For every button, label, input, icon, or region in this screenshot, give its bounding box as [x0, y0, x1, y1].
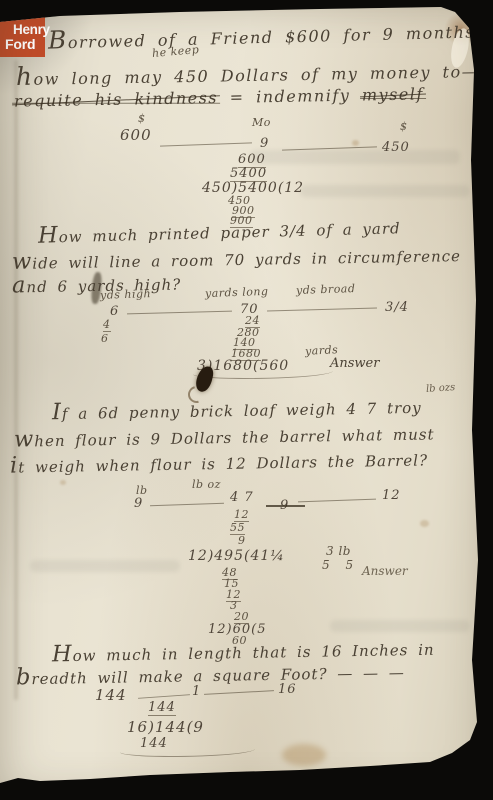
calc2-line-right — [267, 308, 377, 312]
calc1-division: 450)5400(12 — [202, 180, 304, 196]
calc3-work-12: 12 — [234, 508, 249, 522]
calc4-line-left — [138, 694, 190, 699]
calc3-answer-3lb: 3 lb — [326, 544, 351, 558]
calc3-line-right — [298, 499, 376, 503]
calc3: lb oz lb 9 4 7 9 12 12 55 9 12)495(41¼ 3… — [130, 478, 430, 643]
problem2-header-yards-long: yards long — [205, 285, 269, 300]
calc2: 6 70 3/4 4 6 24 280 140 1680 yards 3)168… — [95, 300, 425, 385]
calc2-flourish — [193, 366, 333, 379]
calc1-dollar-label-right: $ — [400, 120, 408, 133]
calc4: 144 1 16 144 16)144(9 144 — [80, 682, 360, 772]
calc3-answer-5-5: 5 5 — [322, 558, 359, 572]
calc4-line-right — [204, 690, 274, 695]
calc3-division: 12)495(41¼ — [188, 548, 285, 564]
problem1-inserted-he-keep: he keep — [152, 43, 200, 60]
crease-left — [14, 60, 18, 700]
calc4-value-16: 16 — [278, 682, 297, 697]
calc1-months-label: Mo — [252, 116, 271, 129]
paper-sheet: Borrowed of a Friend $600 for 9 months h… — [0, 0, 493, 800]
problem1-line1: Borrowed of a Friend $600 for 9 months — [48, 14, 476, 54]
calc4-work-144: 144 — [148, 700, 176, 716]
calc1-line-right — [282, 146, 377, 150]
calc3-value-9: 9 — [134, 496, 143, 511]
calc3-answer-label: Answer — [362, 564, 408, 578]
logo-ford: Ford — [5, 36, 35, 52]
problem1-struck-requite: requite his kindness — [14, 88, 218, 111]
logo-henry: Henry — [13, 22, 50, 37]
calc2-value-6: 6 — [110, 304, 119, 319]
problem2-header-yds-broad: yds broad — [296, 282, 356, 297]
calc1: $ 600 Mo 9 $ 450 600 5400 450)5400(12 45… — [110, 112, 440, 220]
calc3-line-left — [150, 503, 224, 507]
calc1-line-left — [160, 142, 252, 146]
henry-ford-logo: the Henry Ford — [0, 0, 45, 57]
calc3-value-12: 12 — [382, 488, 401, 503]
logo-the: the — [5, 9, 22, 23]
calc3-value-4-7: 4 7 — [230, 490, 254, 505]
calc2-margin-6: 6 — [101, 332, 109, 345]
manuscript-photo: Borrowed of a Friend $600 for 9 months h… — [0, 0, 493, 800]
calc1-value-450: 450 — [382, 140, 410, 155]
calc3-work-9: 9 — [238, 534, 246, 547]
problem1-line3-mid: = indemnify — [229, 86, 350, 107]
foxing-dot-3 — [60, 480, 66, 485]
calc3-work-55: 55 — [230, 521, 245, 535]
calc4-division: 16)144(9 — [127, 718, 204, 736]
calc4-value-144: 144 — [95, 686, 127, 704]
calc3-header-lb-oz: lb oz — [192, 478, 221, 491]
calc4-flourish — [120, 744, 255, 757]
calc1-dollar-label-left: $ — [138, 112, 146, 125]
problem1-struck-myself: myself — [362, 84, 424, 104]
calc2-margin-4: 4 — [103, 318, 111, 332]
calc2-line-left — [127, 311, 232, 315]
calc4-value-1: 1 — [192, 684, 201, 699]
calc1-value-9: 9 — [260, 136, 269, 151]
calc3-scratched-9: 9 — [280, 498, 289, 513]
calc2-value-3-4: 3/4 — [385, 300, 409, 315]
problem3-sup-lb-ozs: lb ozs — [426, 382, 456, 395]
problem2-line3: and 6 yards high? — [12, 270, 182, 299]
calc2-answer-label: Answer — [330, 356, 379, 371]
calc1-value-600: 600 — [120, 126, 152, 144]
